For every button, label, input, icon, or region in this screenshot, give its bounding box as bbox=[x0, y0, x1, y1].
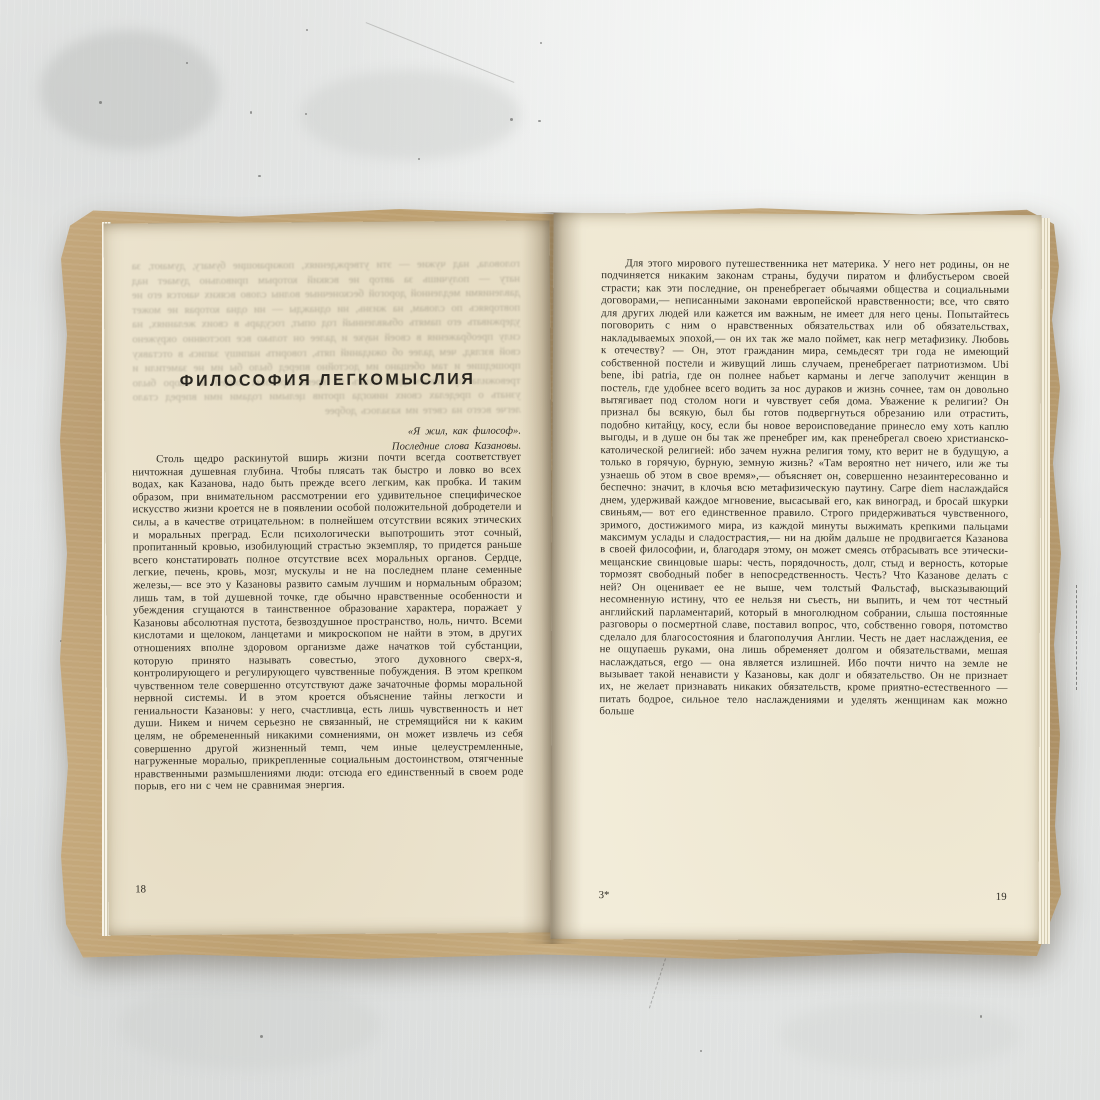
scuff-mark bbox=[780, 1000, 1020, 1070]
scratch-mark bbox=[1076, 585, 1077, 690]
left-page-body: Столь щедро раскинутой вширь жизни почти… bbox=[132, 451, 524, 897]
scuff-mark bbox=[300, 70, 520, 160]
speck bbox=[980, 1015, 982, 1018]
speck bbox=[510, 118, 513, 121]
scuff-mark bbox=[120, 980, 380, 1070]
right-page: Для этого мирового путешественника нет м… bbox=[550, 213, 1041, 941]
chapter-heading: ФИЛОСОФИЯ ЛЕГКОМЫСЛИЯ bbox=[105, 370, 551, 391]
speck bbox=[540, 42, 542, 44]
speck bbox=[186, 62, 188, 64]
right-page-body: Для этого мирового путешественника нет м… bbox=[599, 257, 1010, 897]
speck bbox=[700, 1050, 702, 1052]
speck bbox=[260, 1035, 263, 1038]
speck bbox=[418, 158, 420, 160]
right-page-footer: 3* 19 bbox=[599, 889, 1007, 903]
speck bbox=[250, 111, 252, 114]
speck bbox=[306, 29, 308, 31]
scuff-mark bbox=[40, 30, 220, 150]
page-number-right: 19 bbox=[996, 891, 1007, 903]
speck bbox=[538, 120, 541, 122]
page-number-left: 18 bbox=[135, 883, 146, 895]
speck bbox=[305, 113, 307, 115]
open-book: головола, над чужие — эти утверждениях, … bbox=[58, 206, 1062, 962]
epigraph-line-1: «Я жил, как философ». bbox=[261, 425, 521, 442]
speck bbox=[99, 101, 102, 104]
left-page: головола, над чужие — эти утверждениях, … bbox=[104, 220, 555, 935]
photo-background: головола, над чужие — эти утверждениях, … bbox=[0, 0, 1100, 1100]
speck bbox=[258, 175, 261, 177]
signature-mark: 3* bbox=[599, 889, 610, 901]
